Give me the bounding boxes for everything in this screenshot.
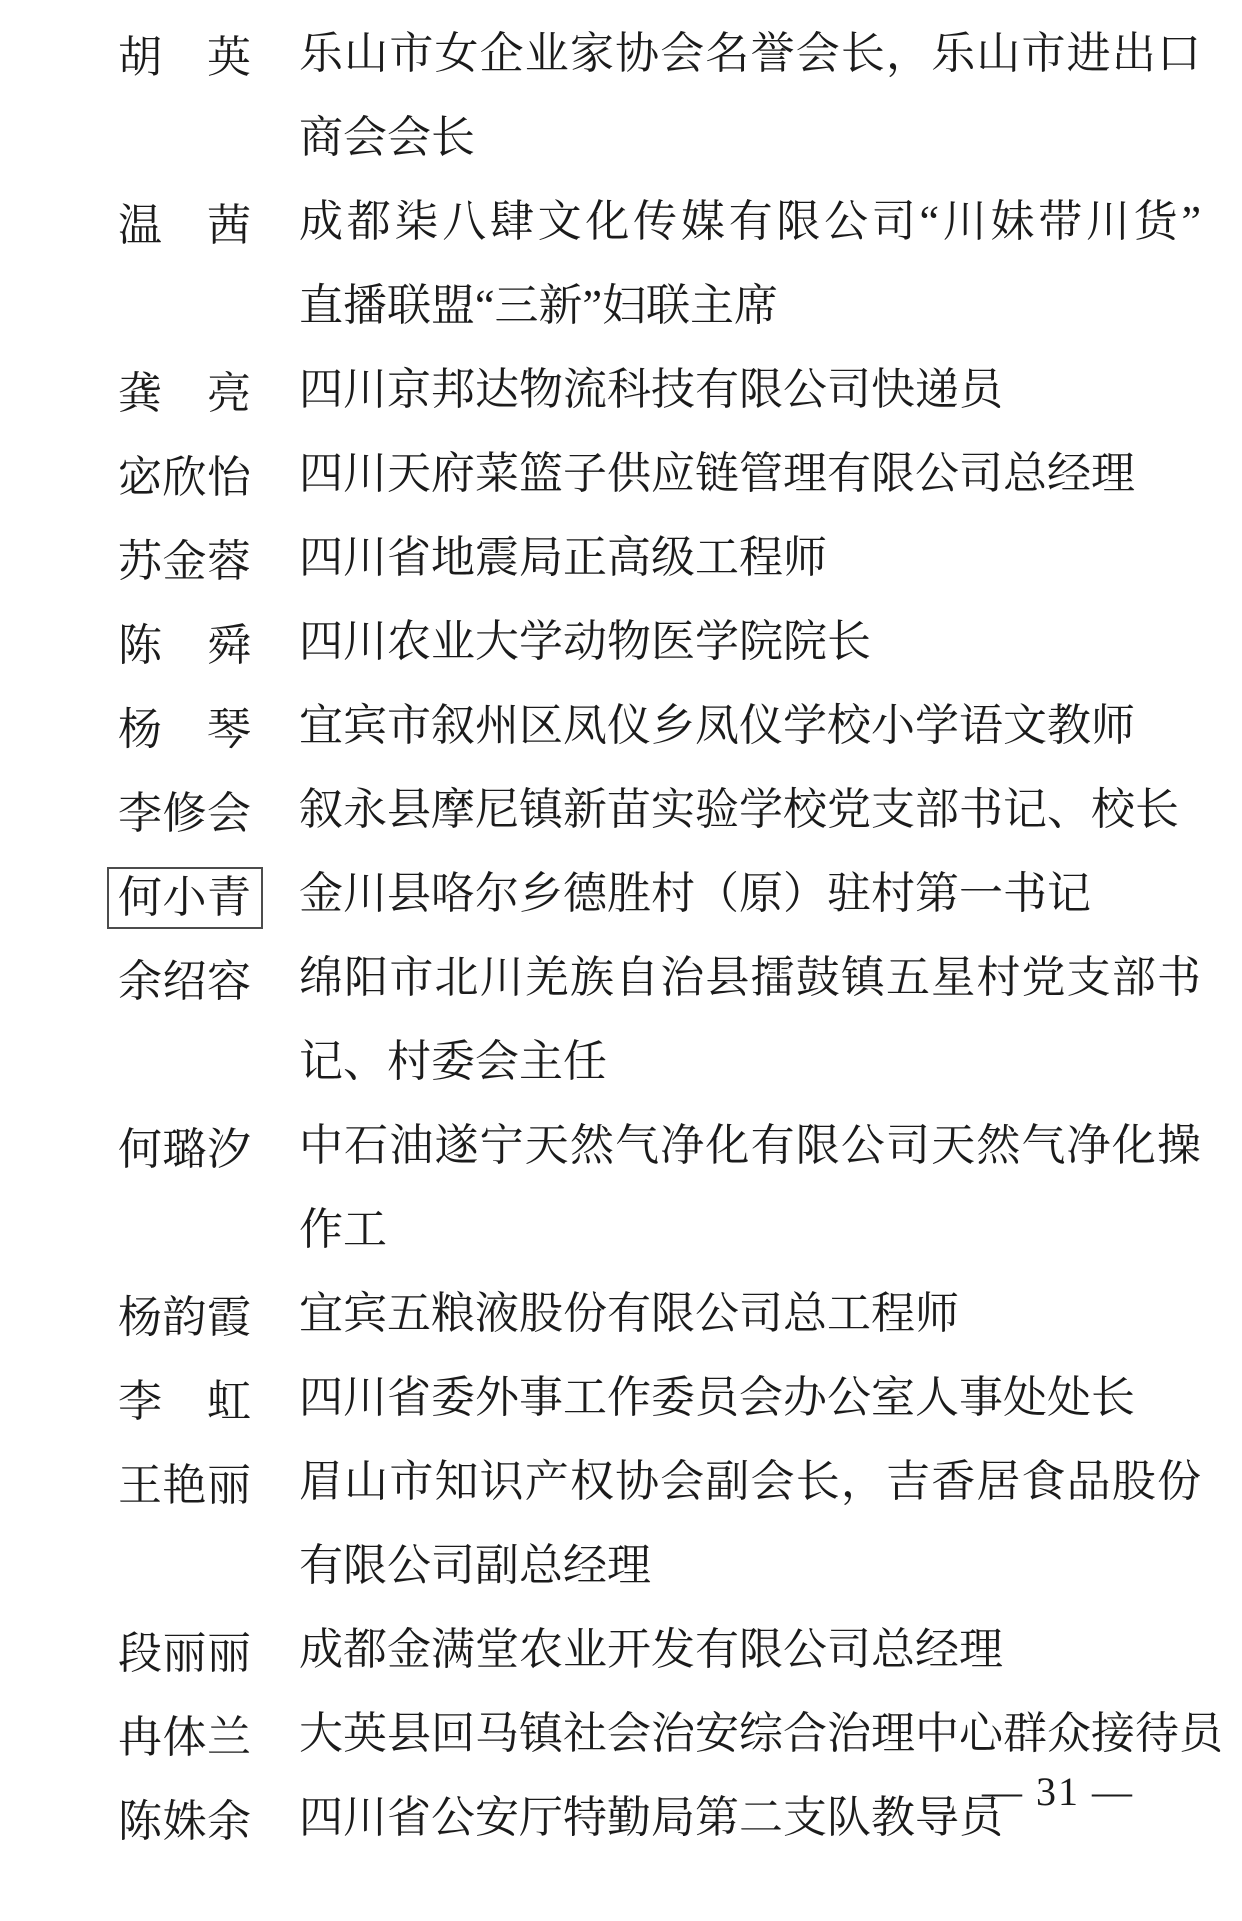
person-title-line: 四川省地震局正高级工程师 — [299, 516, 1201, 600]
person-name: 胡 英 — [118, 12, 255, 96]
roster-entry: 冉体兰 大英县回马镇社会治安综合治理中心群众接待员 — [118, 1692, 1201, 1776]
person-title: 宜宾市叙州区凤仪乡凤仪学校小学语文教师 — [299, 684, 1201, 768]
person-name: 陈 舜 — [118, 600, 255, 684]
person-name-text: 何璐汐 — [118, 1124, 252, 1176]
person-title: 宜宾五粮液股份有限公司总工程师 — [299, 1272, 1201, 1356]
person-name-text: 李 虹 — [118, 1376, 252, 1428]
roster-entry: 李 虹 四川省委外事工作委员会办公室人事处处长 — [118, 1356, 1201, 1440]
person-title-line: 商会会长 — [299, 96, 1201, 180]
person-title-line: 直播联盟“三新”妇联主席 — [299, 264, 1201, 348]
person-title: 四川省地震局正高级工程师 — [299, 516, 1201, 600]
person-title: 眉山市知识产权协会副会长，吉香居食品股份有限公司副总经理 — [299, 1440, 1201, 1608]
person-name-text: 胡 英 — [118, 32, 252, 84]
person-title-line: 作工 — [299, 1188, 1201, 1272]
person-name-text: 王艳丽 — [118, 1460, 252, 1512]
person-name: 杨韵霞 — [118, 1272, 255, 1356]
person-name-text: 李修会 — [118, 788, 252, 840]
person-title-line: 大英县回马镇社会治安综合治理中心群众接待员 — [299, 1692, 1201, 1776]
person-name-text: 杨 琴 — [118, 704, 252, 756]
person-title-line: 乐山市女企业家协会名誉会长，乐山市进出口 — [299, 12, 1201, 96]
person-name: 李 虹 — [118, 1356, 255, 1440]
person-name: 何小青 — [118, 852, 255, 936]
person-title-line: 中石油遂宁天然气净化有限公司天然气净化操 — [299, 1104, 1201, 1188]
person-name-text: 陈姝余 — [118, 1796, 252, 1848]
person-title-line: 有限公司副总经理 — [299, 1524, 1201, 1608]
person-name-text: 段丽丽 — [118, 1628, 252, 1680]
roster-entry: 何小青 金川县咯尔乡德胜村（原）驻村第一书记 — [118, 852, 1201, 936]
person-name: 宓欣怡 — [118, 432, 255, 516]
person-name: 杨 琴 — [118, 684, 255, 768]
person-name-text: 苏金蓉 — [118, 536, 252, 588]
person-title: 四川天府菜篮子供应链管理有限公司总经理 — [299, 432, 1201, 516]
person-title-line: 四川天府菜篮子供应链管理有限公司总经理 — [299, 432, 1201, 516]
person-title-line: 四川农业大学动物医学院院长 — [299, 600, 1201, 684]
person-name: 余绍容 — [118, 936, 255, 1020]
person-title: 金川县咯尔乡德胜村（原）驻村第一书记 — [299, 852, 1201, 936]
person-title: 成都柒八肆文化传媒有限公司“川妹带川货”直播联盟“三新”妇联主席 — [299, 180, 1201, 348]
person-title: 四川省委外事工作委员会办公室人事处处长 — [299, 1356, 1201, 1440]
person-title: 四川京邦达物流科技有限公司快递员 — [299, 348, 1201, 432]
person-name-text: 龚 亮 — [118, 368, 252, 420]
person-title-line: 成都柒八肆文化传媒有限公司“川妹带川货” — [299, 180, 1201, 264]
person-title-line: 绵阳市北川羌族自治县擂鼓镇五星村党支部书 — [299, 936, 1201, 1020]
roster-list: 胡 英 乐山市女企业家协会名誉会长，乐山市进出口商会会长 温 茜 成都柒八肆文化… — [118, 12, 1201, 1860]
person-name: 龚 亮 — [118, 348, 255, 432]
person-title: 成都金满堂农业开发有限公司总经理 — [299, 1608, 1201, 1692]
person-title-line: 宜宾五粮液股份有限公司总工程师 — [299, 1272, 1201, 1356]
roster-entry: 杨韵霞 宜宾五粮液股份有限公司总工程师 — [118, 1272, 1201, 1356]
person-title-line: 金川县咯尔乡德胜村（原）驻村第一书记 — [299, 852, 1201, 936]
person-title-line: 四川省委外事工作委员会办公室人事处处长 — [299, 1356, 1201, 1440]
person-name-text: 杨韵霞 — [118, 1292, 252, 1344]
person-title-line: 记、村委会主任 — [299, 1020, 1201, 1104]
person-name: 何璐汐 — [118, 1104, 255, 1188]
roster-entry: 龚 亮 四川京邦达物流科技有限公司快递员 — [118, 348, 1201, 432]
person-title: 大英县回马镇社会治安综合治理中心群众接待员 — [299, 1692, 1201, 1776]
person-title-line: 宜宾市叙州区凤仪乡凤仪学校小学语文教师 — [299, 684, 1201, 768]
person-name: 王艳丽 — [118, 1440, 255, 1524]
document-page: 胡 英 乐山市女企业家协会名誉会长，乐山市进出口商会会长 温 茜 成都柒八肆文化… — [0, 0, 1242, 1921]
roster-entry: 温 茜 成都柒八肆文化传媒有限公司“川妹带川货”直播联盟“三新”妇联主席 — [118, 180, 1201, 348]
roster-entry: 苏金蓉 四川省地震局正高级工程师 — [118, 516, 1201, 600]
roster-entry: 何璐汐 中石油遂宁天然气净化有限公司天然气净化操作工 — [118, 1104, 1201, 1272]
person-name-text: 余绍容 — [118, 956, 252, 1008]
person-title: 四川农业大学动物医学院院长 — [299, 600, 1201, 684]
person-name: 段丽丽 — [118, 1608, 255, 1692]
person-name: 温 茜 — [118, 180, 255, 264]
roster-entry: 余绍容 绵阳市北川羌族自治县擂鼓镇五星村党支部书记、村委会主任 — [118, 936, 1201, 1104]
person-name-text: 冉体兰 — [118, 1712, 252, 1764]
person-name-text: 宓欣怡 — [118, 452, 252, 504]
roster-entry: 段丽丽 成都金满堂农业开发有限公司总经理 — [118, 1608, 1201, 1692]
person-name-text: 陈 舜 — [118, 620, 252, 672]
roster-entry: 宓欣怡 四川天府菜篮子供应链管理有限公司总经理 — [118, 432, 1201, 516]
person-name: 李修会 — [118, 768, 255, 852]
roster-entry: 胡 英 乐山市女企业家协会名誉会长，乐山市进出口商会会长 — [118, 12, 1201, 180]
person-name: 陈姝余 — [118, 1776, 255, 1860]
person-name-text: 何小青 — [107, 867, 263, 929]
roster-entry: 李修会 叙永县摩尼镇新苗实验学校党支部书记、校长 — [118, 768, 1201, 852]
roster-entry: 王艳丽 眉山市知识产权协会副会长，吉香居食品股份有限公司副总经理 — [118, 1440, 1201, 1608]
roster-entry: 陈 舜 四川农业大学动物医学院院长 — [118, 600, 1201, 684]
person-title: 绵阳市北川羌族自治县擂鼓镇五星村党支部书记、村委会主任 — [299, 936, 1201, 1104]
person-name: 苏金蓉 — [118, 516, 255, 600]
person-name: 冉体兰 — [118, 1692, 255, 1776]
person-title-line: 叙永县摩尼镇新苗实验学校党支部书记、校长 — [299, 768, 1201, 852]
roster-entry: 杨 琴 宜宾市叙州区凤仪乡凤仪学校小学语文教师 — [118, 684, 1201, 768]
person-title-line: 成都金满堂农业开发有限公司总经理 — [299, 1608, 1201, 1692]
person-title: 中石油遂宁天然气净化有限公司天然气净化操作工 — [299, 1104, 1201, 1272]
person-name-text: 温 茜 — [118, 200, 252, 252]
person-title: 叙永县摩尼镇新苗实验学校党支部书记、校长 — [299, 768, 1201, 852]
page-number: — 31 — — [982, 1768, 1134, 1816]
person-title: 乐山市女企业家协会名誉会长，乐山市进出口商会会长 — [299, 12, 1201, 180]
person-title-line: 四川京邦达物流科技有限公司快递员 — [299, 348, 1201, 432]
person-title-line: 眉山市知识产权协会副会长，吉香居食品股份 — [299, 1440, 1201, 1524]
